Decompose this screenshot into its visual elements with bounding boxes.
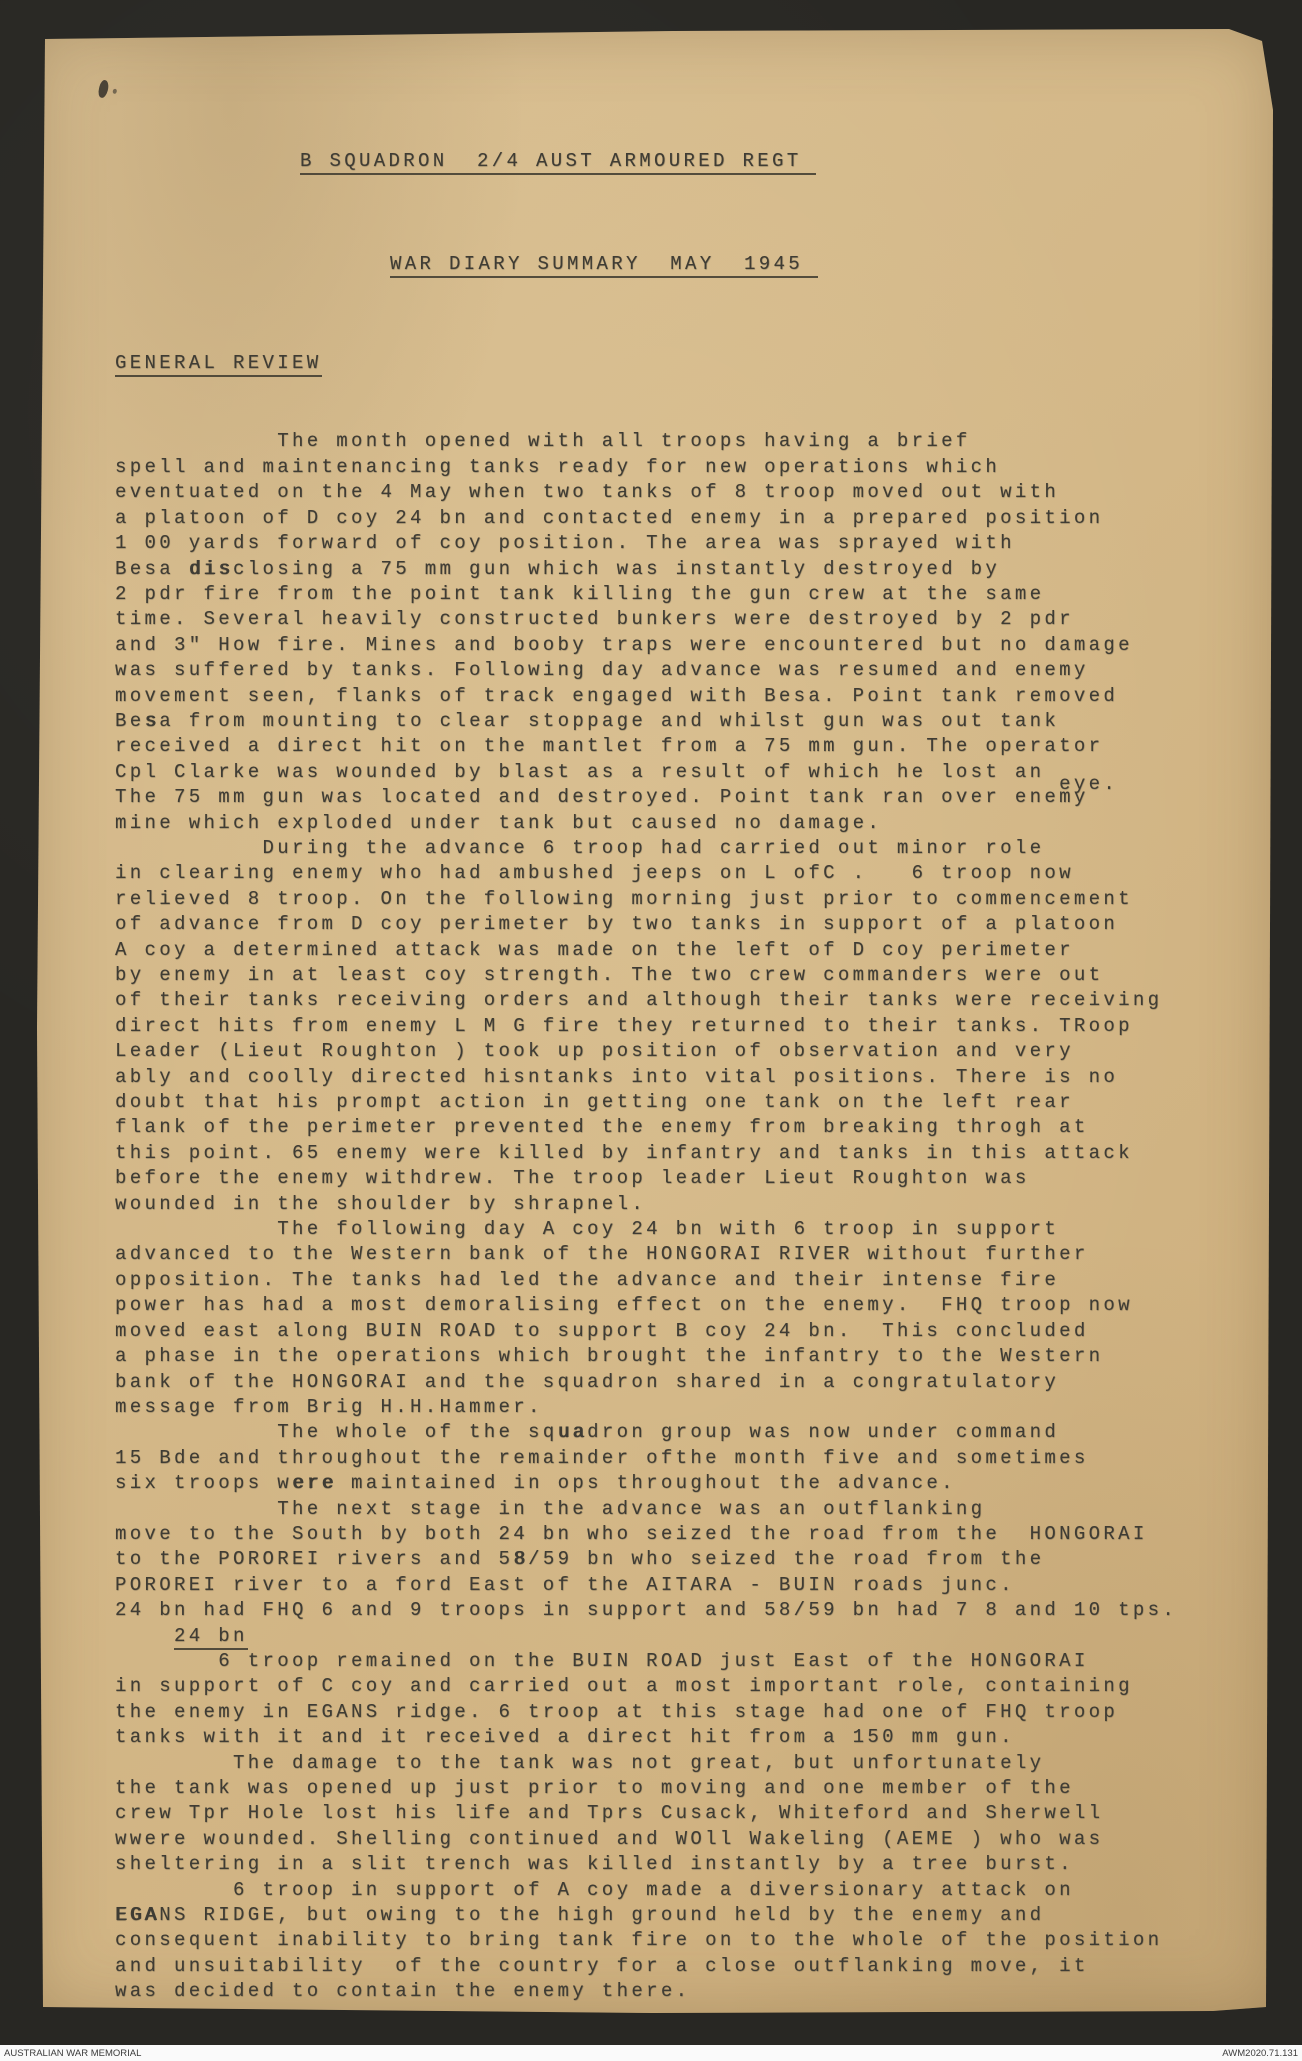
text-line: power has had a most demoralising effect… (115, 1293, 1235, 1318)
text-line: move to the South by both 24 bn who seiz… (115, 1522, 1235, 1547)
text-line: crew Tpr Hole lost his life and Tprs Cus… (115, 1801, 1235, 1826)
text-line: wounded in the shoulder by shrapnel. (115, 1192, 1235, 1217)
text-line: six troops were maintained in ops throug… (115, 1471, 1235, 1496)
text-line: EGANS RIDGE, but owing to the high groun… (115, 1903, 1235, 1928)
text-line: time. Several heavily constructed bunker… (115, 607, 1235, 632)
text-line: Besa disclosing a 75 mm gun which was in… (115, 557, 1235, 582)
text-line: direct hits from enemy L M G fire they r… (115, 1014, 1235, 1039)
text-line: doubt that his prompt action in getting … (115, 1090, 1235, 1115)
text-line: and 3" How fire. Mines and booby traps w… (115, 633, 1235, 658)
text-line: tanks with it and it received a direct h… (115, 1725, 1235, 1750)
document-text: B SQUADRON 2/4 AUST ARMOURED REGT WAR DI… (115, 98, 1235, 2055)
archive-reference-number: AWM2020.71.131 (1222, 2048, 1298, 2059)
text-line: to the POROREI rivers and 58/59 bn who s… (115, 1547, 1235, 1572)
text-line: relieved 8 troop. On the following morni… (115, 887, 1235, 912)
text-line: A coy a determined attack was made on th… (115, 938, 1235, 963)
text-line: message from Brig H.H.Hammer. (115, 1395, 1235, 1420)
ink-smudge (97, 79, 110, 99)
document-page: B SQUADRON 2/4 AUST ARMOURED REGT WAR DI… (33, 28, 1273, 2013)
text-line: movement seen, flanks of track engaged w… (115, 684, 1235, 709)
text-line: wwere wounded. Shelling continued and WO… (115, 1827, 1235, 1852)
text-line: Leader (Lieut Roughton ) took up positio… (115, 1039, 1235, 1064)
section-heading: GENERAL REVIEW (115, 351, 1235, 376)
text-line: moved east along BUIN ROAD to support B … (115, 1319, 1235, 1344)
text-line: The next stage in the advance was an out… (115, 1497, 1235, 1522)
text-line: 24 bn had FHQ 6 and 9 troops in support … (115, 1598, 1235, 1623)
archive-source-label: AUSTRALIAN WAR MEMORIAL (4, 2048, 141, 2059)
text-line: in support of C coy and carried out a mo… (115, 1674, 1235, 1699)
text-line: The whole of the squadron group was now … (115, 1420, 1235, 1445)
text-line: eventuated on the 4 May when two tanks o… (115, 480, 1235, 505)
text-line: by enemy in at least coy strength. The t… (115, 963, 1235, 988)
text-line: Cpl Clarke was wounded by blast as a res… (115, 760, 1235, 785)
text-line: bank of the HONGORAI and the squadron sh… (115, 1370, 1235, 1395)
text-line: spell and maintenancing tanks ready for … (115, 455, 1235, 480)
text-line: consequent inability to bring tank fire … (115, 1928, 1235, 1953)
text-line: was suffered by tanks. Following day adv… (115, 658, 1235, 683)
text-line: a platoon of D coy 24 bn and contacted e… (115, 506, 1235, 531)
archive-footer: AUSTRALIAN WAR MEMORIAL AWM2020.71.131 (0, 2045, 1302, 2061)
text-line: 24 bn (115, 1624, 1235, 1649)
text-line: The month opened with all troops having … (115, 429, 1235, 454)
text-line: a phase in the operations which brought … (115, 1344, 1235, 1369)
document-lines: The month opened with all troops having … (115, 429, 1235, 2004)
text-line: advanced to the Western bank of the HONG… (115, 1242, 1235, 1267)
text-line: in clearing enemy who had ambushed jeeps… (115, 861, 1235, 886)
text-line: POROREI river to a ford East of the AITA… (115, 1573, 1235, 1598)
text-line: flank of the perimeter prevented the ene… (115, 1115, 1235, 1140)
text-line: the enemy in EGANS ridge. 6 troop at thi… (115, 1700, 1235, 1725)
text-line: was decided to contain the enemy there. (115, 1979, 1235, 2004)
text-line: 6 troop remained on the BUIN ROAD just E… (115, 1649, 1235, 1674)
text-line: 15 Bde and throughout the remainder ofth… (115, 1446, 1235, 1471)
text-line: Besa from mounting to clear stoppage and… (115, 709, 1235, 734)
text-line: mine which exploded under tank but cause… (115, 811, 1235, 836)
text-line: of their tanks receiving orders and alth… (115, 988, 1235, 1013)
text-line: 6 troop in support of A coy made a diver… (115, 1878, 1235, 1903)
text-line: of advance from D coy perimeter by two t… (115, 912, 1235, 937)
text-line: received a direct hit on the mantlet fro… (115, 734, 1235, 759)
document-subtitle: WAR DIARY SUMMARY MAY 1945 (390, 252, 1235, 277)
text-line: sheltering in a slit trench was killed i… (115, 1852, 1235, 1877)
text-line: before the enemy withdrew. The troop lea… (115, 1166, 1235, 1191)
text-line: this point. 65 enemy were killed by infa… (115, 1141, 1235, 1166)
text-line: The damage to the tank was not great, bu… (115, 1751, 1235, 1776)
text-line: The following day A coy 24 bn with 6 tro… (115, 1217, 1235, 1242)
text-line: the tank was opened up just prior to mov… (115, 1776, 1235, 1801)
document-title: B SQUADRON 2/4 AUST ARMOURED REGT (300, 149, 1235, 174)
text-line: During the advance 6 troop had carried o… (115, 836, 1235, 861)
text-line: opposition. The tanks had led the advanc… (115, 1268, 1235, 1293)
text-line: 1 00 yards forward of coy position. The … (115, 531, 1235, 556)
text-line: ably and coolly directed hisntanks into … (115, 1065, 1235, 1090)
text-line: 2 pdr fire from the point tank killing t… (115, 582, 1235, 607)
text-line: and unsuitability of the country for a c… (115, 1954, 1235, 1979)
